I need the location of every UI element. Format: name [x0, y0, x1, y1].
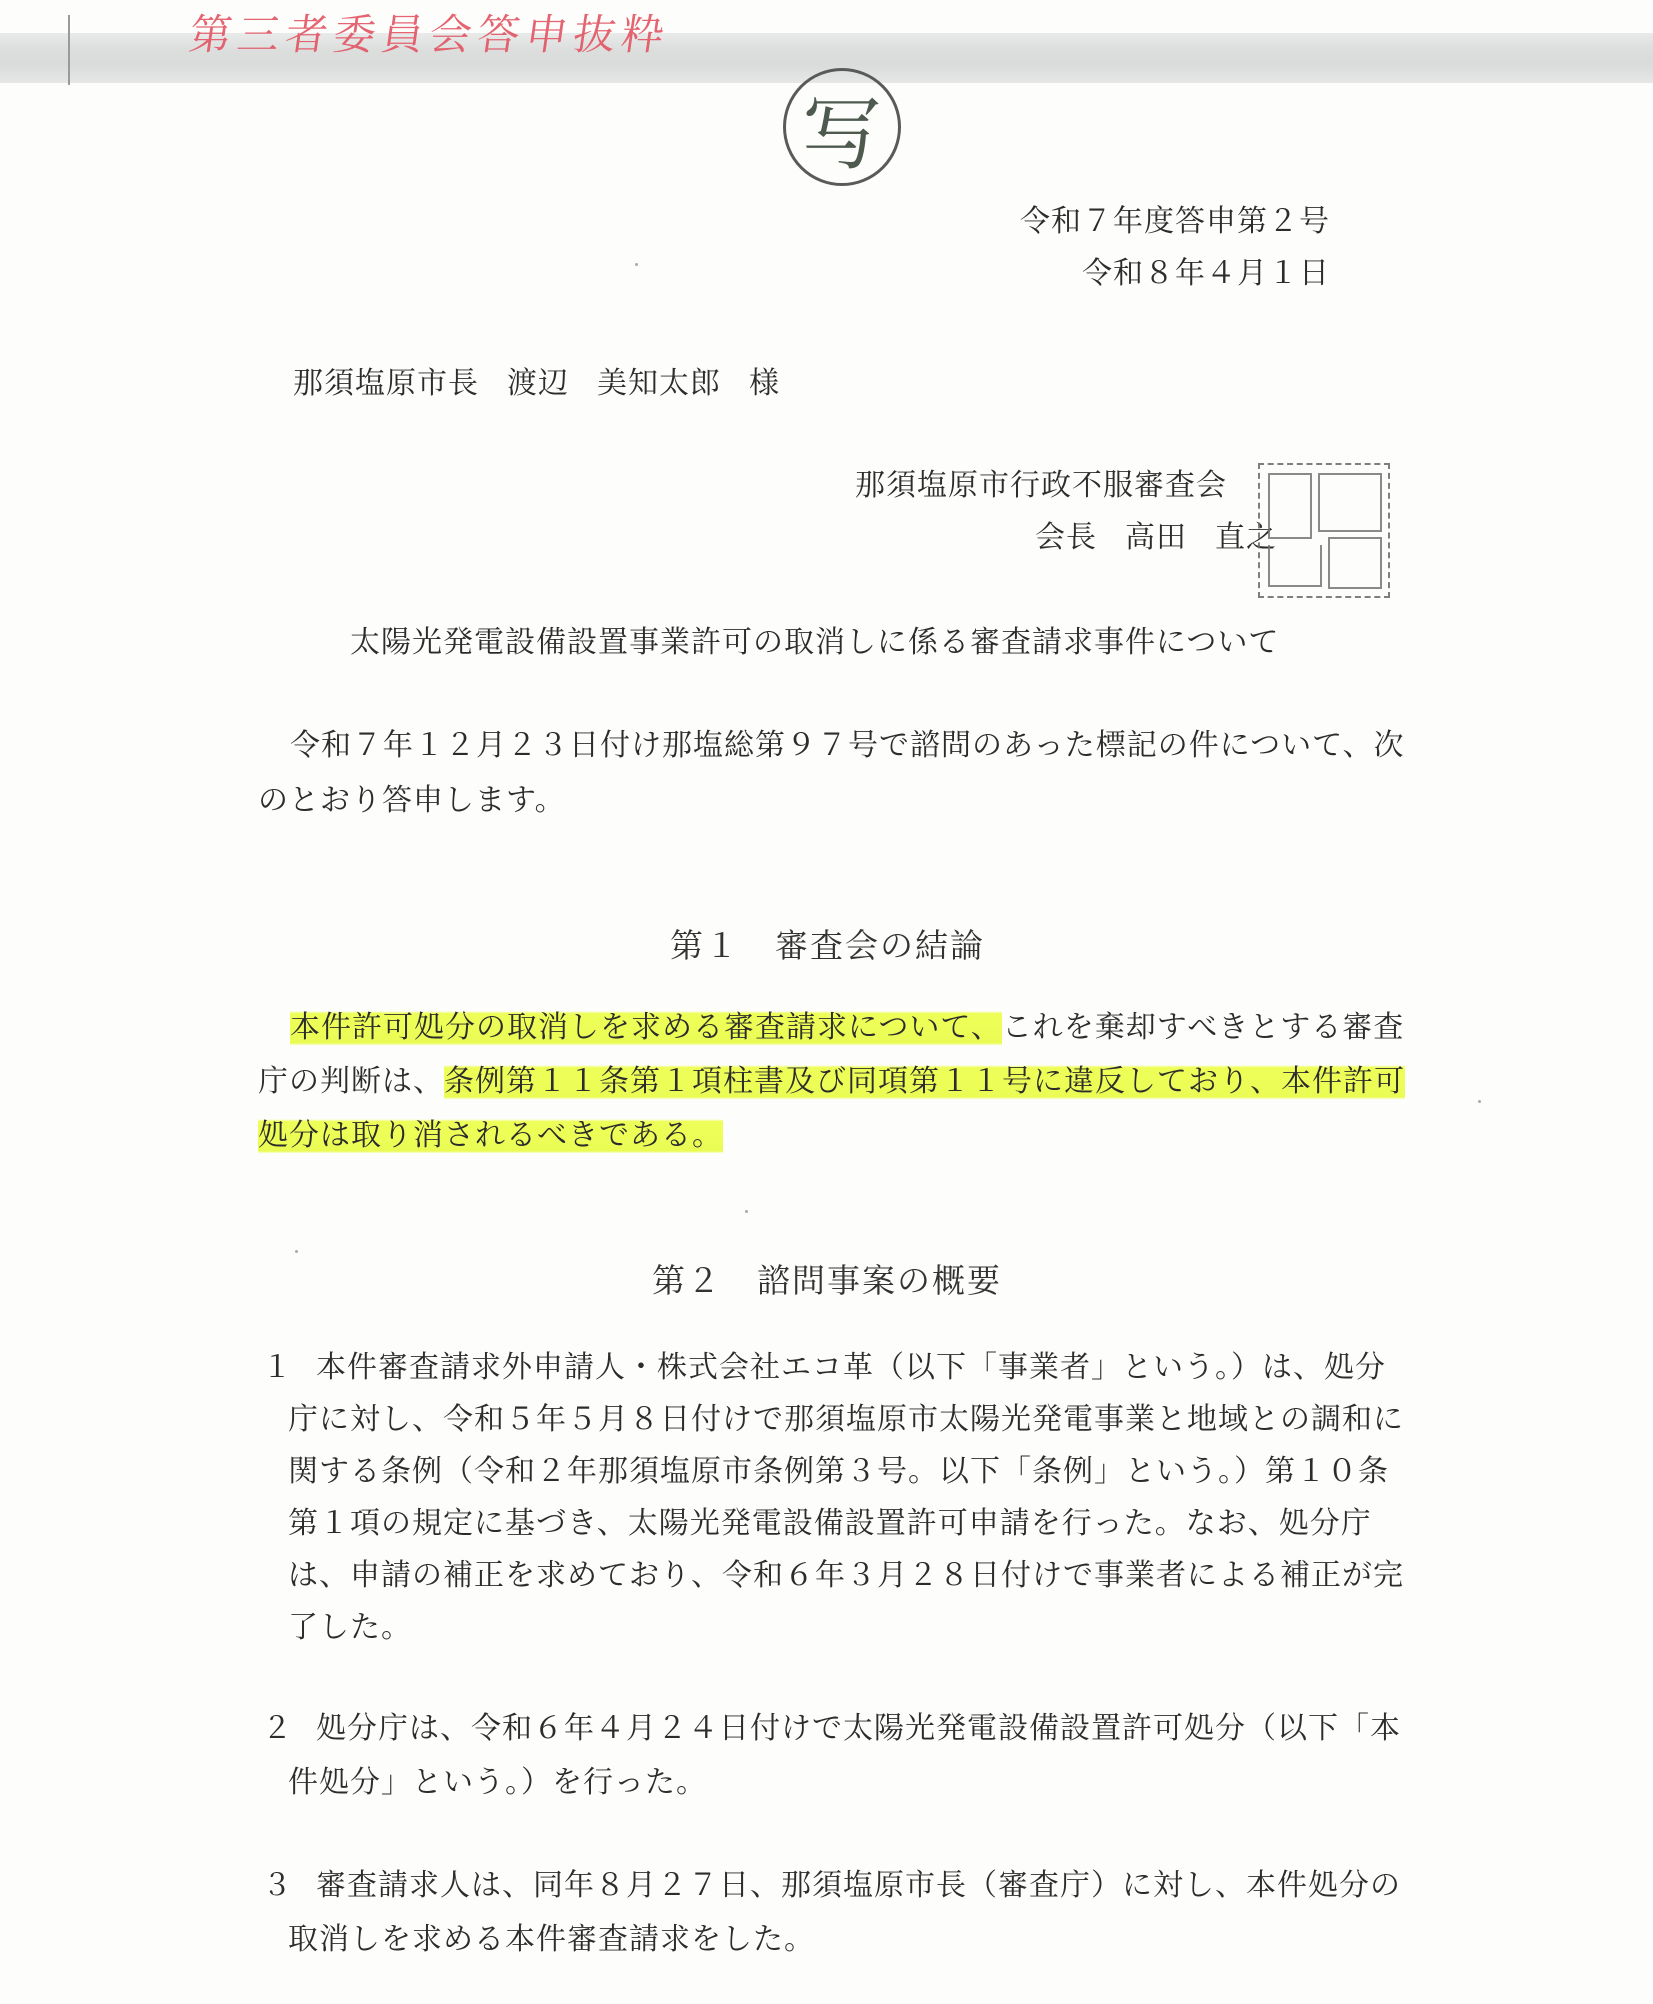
addressee-given-name: 美知太郎	[597, 366, 721, 401]
highlighted-text: 条例第１１条第１項柱書及び同項第１１号に違反しており、本件許可	[444, 1062, 1405, 1101]
section-1-heading: 第１ 審査会の結論	[670, 920, 985, 967]
item-1-line: 本件審査請求外申請人・株式会社エコ革（以下「事業者」という。）は、処分	[316, 1342, 1386, 1386]
stamp-glyph: 写	[802, 70, 882, 185]
item-3-line: 審査請求人は、同年８月２７日、那須塩原市長（審査庁）に対し、本件処分の	[316, 1860, 1401, 1904]
highlighted-text: 処分は取り消されるべきである。	[258, 1116, 723, 1155]
item-1-line: 了した。	[288, 1602, 412, 1646]
conclusion-line-1: 本件許可処分の取消しを求める審査請求について、これを棄却すべきとする審査	[290, 1002, 1404, 1046]
sender-chair: 会長高田直之	[1035, 512, 1277, 556]
item-1-line: 関する条例（令和２年那須塩原市条例第３号。以下「条例」という。）第１０条	[288, 1446, 1389, 1490]
sender-organization: 那須塩原市行政不服審査会	[855, 460, 1227, 504]
official-seal-icon	[1258, 463, 1390, 598]
sender-family-name: 高田	[1125, 520, 1187, 555]
copy-stamp-icon: 写	[783, 68, 901, 186]
item-3-line: 取消しを求める本件審査請求をした。	[288, 1914, 815, 1958]
item-1-number: １	[262, 1342, 293, 1386]
plain-text: これを棄却すべきとする審査	[1002, 1010, 1404, 1045]
conclusion-line-2: 庁の判断は、条例第１１条第１項柱書及び同項第１１号に違反しており、本件許可	[258, 1056, 1405, 1100]
intro-line-2: のとおり答申します。	[258, 775, 566, 819]
addressee-honorific: 様	[749, 366, 780, 401]
addressee-title: 那須塩原市長	[293, 366, 479, 401]
item-2-line: 件処分」という。）を行った。	[288, 1757, 707, 1801]
item-2-line: 処分庁は、令和６年４月２４日付けで太陽光発電設備設置許可処分（以下「本	[316, 1703, 1401, 1747]
margin-pencil-mark	[68, 15, 70, 85]
plain-text: 庁の判断は、	[258, 1064, 444, 1099]
sender-role: 会長	[1035, 520, 1097, 555]
document-date: 令和８年４月１日	[1082, 248, 1330, 292]
conclusion-line-3: 処分は取り消されるべきである。	[258, 1110, 723, 1154]
handwritten-note: 第三者委員会答申抜粋	[186, 2, 674, 62]
scan-speck	[1478, 1100, 1481, 1103]
item-2-number: ２	[262, 1703, 293, 1747]
item-1-line: 第１項の規定に基づき、太陽光発電設備設置許可申請を行った。なお、処分庁	[288, 1498, 1372, 1542]
intro-line-1: 令和７年１２月２３日付け那塩総第９７号で諮問のあった標記の件について、次	[290, 720, 1405, 764]
addressee-family-name: 渡辺	[507, 366, 569, 401]
item-1-line: は、申請の補正を求めており、令和６年３月２８日付けで事業者による補正が完	[288, 1550, 1404, 1594]
reference-number: 令和７年度答申第２号	[1020, 196, 1330, 240]
scan-speck	[745, 1210, 748, 1213]
highlighted-text: 本件許可処分の取消しを求める審査請求について、	[290, 1008, 1002, 1047]
subject-line: 太陽光発電設備設置事業許可の取消しに係る審査請求事件について	[350, 617, 1279, 661]
addressee: 那須塩原市長渡辺美知太郎様	[293, 358, 780, 402]
scan-speck	[295, 1250, 298, 1253]
item-3-number: ３	[262, 1860, 293, 1904]
scan-speck	[635, 263, 638, 266]
section-2-heading: 第２ 諮問事案の概要	[652, 1255, 1002, 1302]
item-1-line: 庁に対し、令和５年５月８日付けで那須塩原市太陽光発電事業と地域との調和に	[288, 1394, 1404, 1438]
